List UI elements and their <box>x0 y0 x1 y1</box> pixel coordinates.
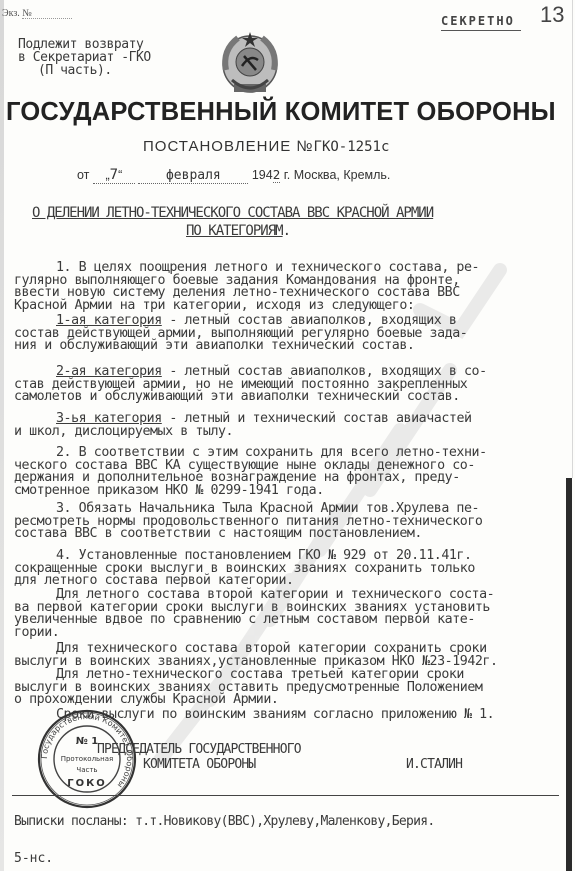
paragraph-5: Для летного состава второй категории и т… <box>14 589 494 639</box>
signature-title-line-2: КОМИТЕТА ОБОРОНЫ <box>143 757 255 772</box>
date-day: 7 <box>110 167 118 183</box>
category-3: 3-ья категория - летный и технический со… <box>14 413 472 438</box>
signer-name: И.СТАЛИН <box>406 757 462 772</box>
stamp-number: № 1 <box>76 736 99 747</box>
decree-label: ПОСТАНОВЛЕНИЕ № <box>143 138 314 155</box>
return-notice-line: (П часть). <box>18 64 151 77</box>
decree-date: от „7“ февраля 1942 г. Москва, Кремль. <box>77 167 390 184</box>
document-code: 5-нс. <box>14 851 53 866</box>
footer-divider <box>12 795 559 796</box>
classification-mark: СЕКРЕТНО <box>441 14 515 28</box>
date-month: февраля <box>166 168 221 183</box>
scan-border-right <box>566 478 572 871</box>
subject-line-1: О ДЕЛЕНИИ ЛЕТНО-ТЕХНИЧЕСКОГО СОСТАВА ВВС… <box>32 204 433 223</box>
category-2: 2-ая категория - летный состав авиаполко… <box>14 366 487 404</box>
subject-line-2: ПО КАТЕГОРИЯМ. <box>186 223 290 239</box>
stamp-line: ГОКО <box>67 778 107 789</box>
category-1: 1-ая категория - летный состав авиаполко… <box>14 315 467 353</box>
page-number: 13 <box>540 2 564 28</box>
decree-number: ГКО-1251с <box>314 139 390 155</box>
date-prefix: от <box>77 168 89 182</box>
reference-number-line <box>22 18 72 19</box>
decree-heading: ПОСТАНОВЛЕНИЕ №ГКО-1251с <box>143 138 389 155</box>
paragraph-3: 3. Обязать Начальника Тыла Красной Армии… <box>14 503 482 541</box>
distribution-list: Выписки посланы: т.т.Новикову(ВВС),Хруле… <box>14 814 434 829</box>
scan-edge <box>0 0 4 871</box>
ussr-coat-of-arms-icon <box>218 30 282 98</box>
paragraph-2: 2. В соответствии с этим сохранить для в… <box>14 447 487 497</box>
date-year-suffix: 2 <box>273 167 281 182</box>
paragraph-1: 1. В целях поощрения летного и техническ… <box>14 262 479 312</box>
decree-place: г. Москва, Кремль. <box>284 168 391 182</box>
document-title: ГОСУДАРСТВЕННЫЙ КОМИТЕТ ОБОРОНЫ <box>6 98 556 127</box>
date-year-prefix: 194 <box>252 168 273 182</box>
paragraph-6: Для технического состава второй категори… <box>14 643 498 668</box>
paragraph-7: Для летно-технического состава третьей к… <box>14 669 482 707</box>
paragraph-4: 4. Установленные постановлением ГКО № 92… <box>14 550 475 588</box>
scan-edge-right <box>572 0 573 478</box>
signature-title-line-1: ПРЕДСЕДАТЕЛЬ ГОСУДАРСТВЕННОГО <box>97 742 301 757</box>
stamp-line: Часть <box>76 766 97 774</box>
return-notice: Подлежит возврату в Секретариат -ГКО (П … <box>18 38 151 77</box>
classification-underline <box>441 30 521 31</box>
